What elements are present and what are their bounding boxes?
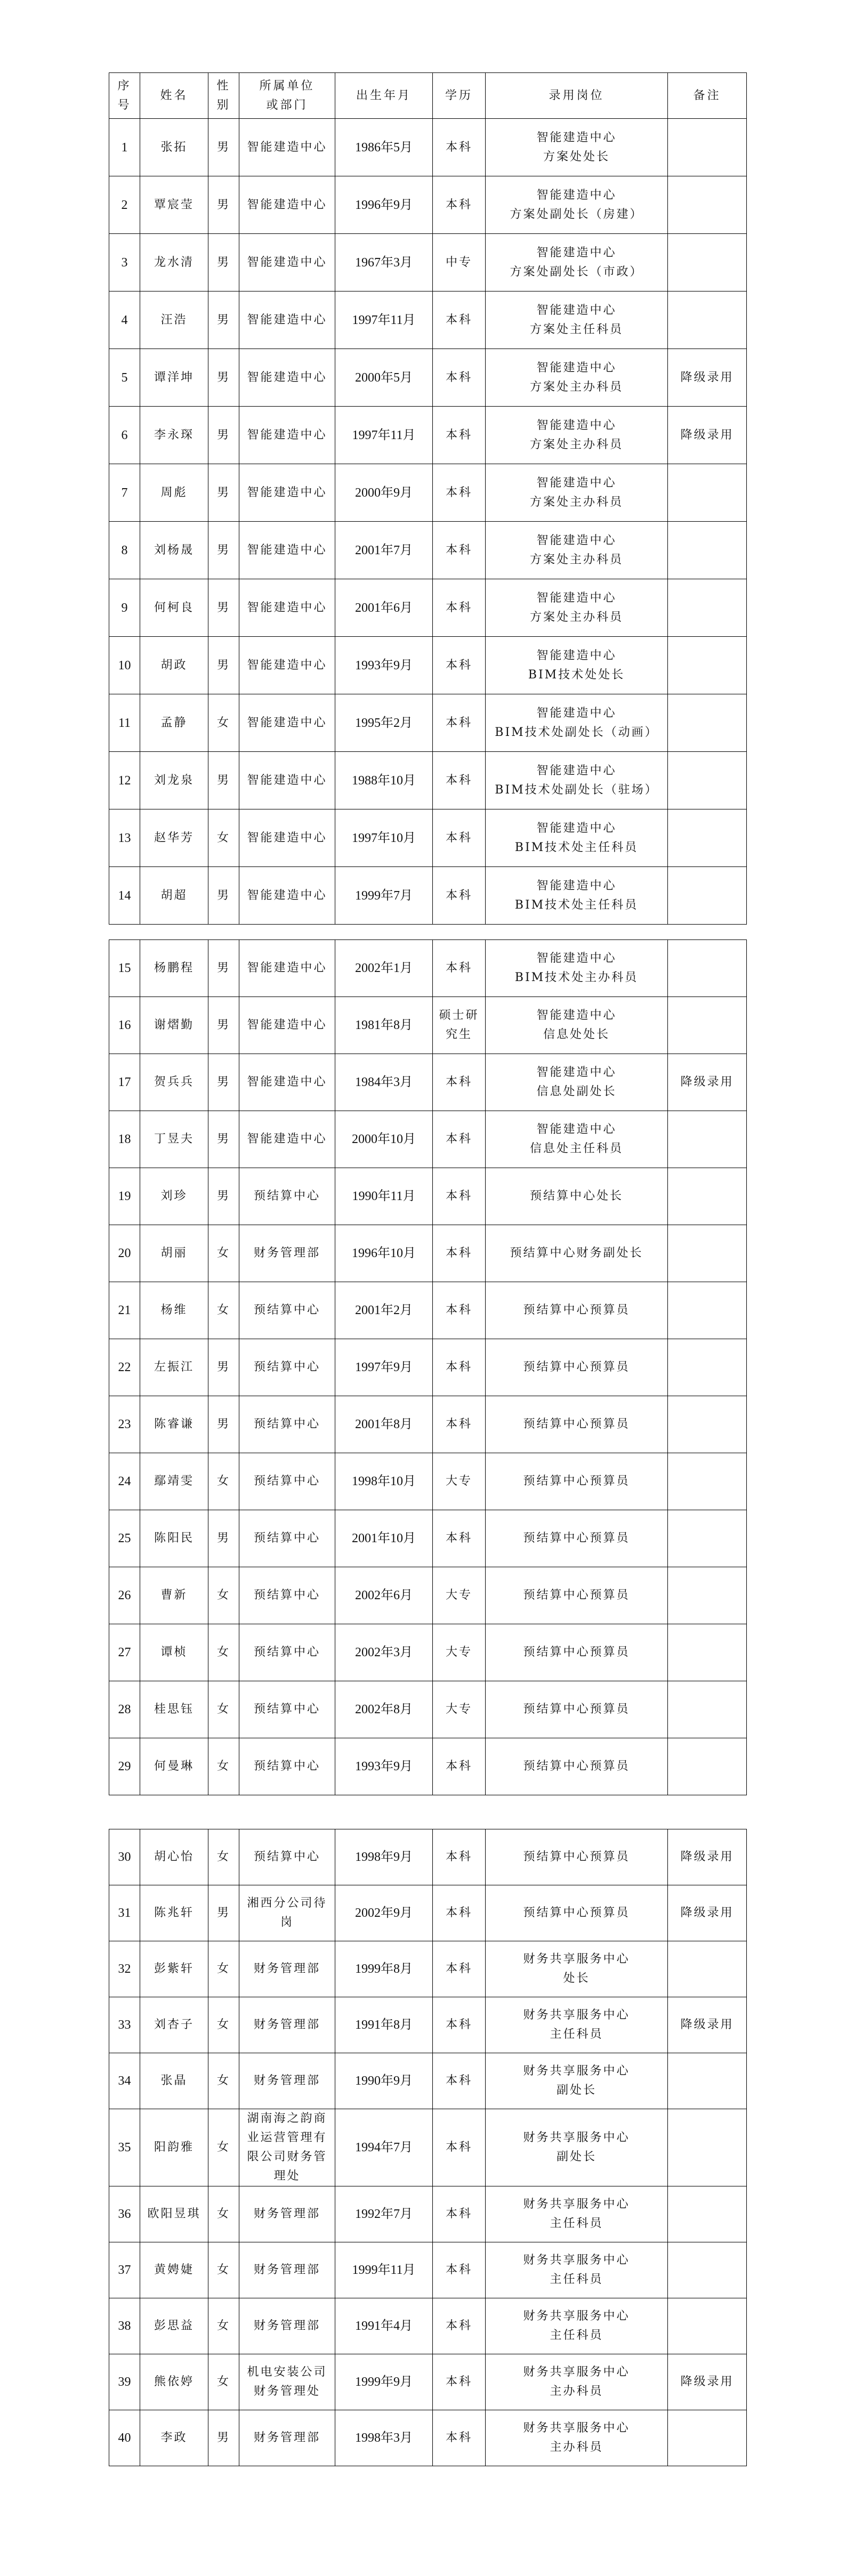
- cell-note: [668, 1567, 747, 1624]
- cell-education: 大专: [433, 1681, 486, 1738]
- cell-education: 本科: [433, 752, 486, 809]
- cell-birth: 1990年11月: [335, 1168, 433, 1225]
- cell-birth: 1993年9月: [335, 1738, 433, 1795]
- cell-name: 覃宸莹: [140, 176, 208, 234]
- table-row: 40李政男财务管理部1998年3月本科财务共享服务中心 主办科员: [109, 2410, 747, 2466]
- cell-birth: 1997年11月: [335, 291, 433, 349]
- cell-no: 27: [109, 1624, 140, 1681]
- table-row: 9何柯良男智能建造中心2001年6月本科智能建造中心 方案处主办科员: [109, 579, 747, 637]
- cell-name: 谭洋坤: [140, 349, 208, 407]
- table-row: 37黄娉婕女财务管理部1999年11月本科财务共享服务中心 主任科员: [109, 2242, 747, 2298]
- cell-name: 桂思钰: [140, 1681, 208, 1738]
- cell-sex: 女: [208, 2298, 239, 2354]
- cell-sex: 男: [208, 637, 239, 694]
- cell-no: 14: [109, 867, 140, 925]
- cell-birth: 2001年10月: [335, 1510, 433, 1567]
- cell-sex: 男: [208, 579, 239, 637]
- cell-position: 财务共享服务中心 处长: [486, 1941, 668, 1997]
- table-row: 16谢熠勤男智能建造中心1981年8月硕士研究生智能建造中心 信息处处长: [109, 997, 747, 1054]
- cell-birth: 2002年6月: [335, 1567, 433, 1624]
- cell-education: 本科: [433, 637, 486, 694]
- cell-no: 26: [109, 1567, 140, 1624]
- cell-position: 财务共享服务中心 主任科员: [486, 2186, 668, 2242]
- cell-unit: 智能建造中心: [239, 349, 335, 407]
- cell-sex: 男: [208, 291, 239, 349]
- cell-position: 智能建造中心 BIM技术处主办科员: [486, 940, 668, 997]
- cell-education: 本科: [433, 1282, 486, 1339]
- cell-note: 降级录用: [668, 1885, 747, 1941]
- cell-unit: 财务管理部: [239, 2242, 335, 2298]
- cell-position: 预结算中心预算员: [486, 1624, 668, 1681]
- cell-no: 36: [109, 2186, 140, 2242]
- header-position: 录用岗位: [486, 73, 668, 119]
- personnel-table-part-2: 15杨鹏程男智能建造中心2002年1月本科智能建造中心 BIM技术处主办科员16…: [109, 939, 747, 1795]
- cell-note: [668, 176, 747, 234]
- cell-note: [668, 464, 747, 522]
- table-section-2: 15杨鹏程男智能建造中心2002年1月本科智能建造中心 BIM技术处主办科员16…: [109, 939, 746, 1795]
- table-section-1: 序 号 姓名 性 别 所属单位 或部门 出生年月 学历 录用岗位 备注 1张拓男…: [109, 72, 746, 925]
- cell-education: 本科: [433, 1885, 486, 1941]
- cell-position: 预结算中心预算员: [486, 1453, 668, 1510]
- cell-sex: 男: [208, 234, 239, 291]
- cell-name: 张晶: [140, 2053, 208, 2109]
- cell-no: 20: [109, 1225, 140, 1282]
- cell-note: [668, 1510, 747, 1567]
- cell-note: [668, 752, 747, 809]
- table-row: 24鄢靖雯女预结算中心1998年10月大专预结算中心预算员: [109, 1453, 747, 1510]
- cell-birth: 2000年5月: [335, 349, 433, 407]
- cell-name: 刘龙泉: [140, 752, 208, 809]
- cell-no: 28: [109, 1681, 140, 1738]
- cell-sex: 男: [208, 1396, 239, 1453]
- cell-birth: 2001年7月: [335, 522, 433, 579]
- cell-note: [668, 809, 747, 867]
- cell-note: [668, 1738, 747, 1795]
- cell-name: 丁昱夫: [140, 1111, 208, 1168]
- cell-position: 智能建造中心 方案处主任科员: [486, 291, 668, 349]
- cell-education: 本科: [433, 2354, 486, 2410]
- cell-birth: 1998年3月: [335, 2410, 433, 2466]
- cell-education: 本科: [433, 2186, 486, 2242]
- cell-name: 张拓: [140, 119, 208, 176]
- cell-name: 胡政: [140, 637, 208, 694]
- cell-education: 本科: [433, 1054, 486, 1111]
- cell-position: 智能建造中心 方案处主办科员: [486, 522, 668, 579]
- cell-unit: 预结算中心: [239, 1168, 335, 1225]
- cell-note: [668, 119, 747, 176]
- cell-note: 降级录用: [668, 1997, 747, 2053]
- cell-name: 杨鹏程: [140, 940, 208, 997]
- cell-note: [668, 2053, 747, 2109]
- cell-education: 大专: [433, 1624, 486, 1681]
- cell-note: [668, 2242, 747, 2298]
- cell-no: 6: [109, 407, 140, 464]
- cell-position: 智能建造中心 BIM技术处主任科员: [486, 867, 668, 925]
- cell-sex: 男: [208, 1054, 239, 1111]
- cell-name: 刘珍: [140, 1168, 208, 1225]
- cell-no: 23: [109, 1396, 140, 1453]
- cell-sex: 男: [208, 752, 239, 809]
- cell-name: 李永琛: [140, 407, 208, 464]
- cell-unit: 财务管理部: [239, 2186, 335, 2242]
- cell-name: 贺兵兵: [140, 1054, 208, 1111]
- cell-position: 财务共享服务中心 副处长: [486, 2109, 668, 2186]
- cell-education: 硕士研究生: [433, 997, 486, 1054]
- cell-sex: 男: [208, 997, 239, 1054]
- cell-note: [668, 1624, 747, 1681]
- cell-no: 4: [109, 291, 140, 349]
- cell-education: 本科: [433, 464, 486, 522]
- cell-unit: 智能建造中心: [239, 464, 335, 522]
- cell-sex: 女: [208, 1567, 239, 1624]
- cell-birth: 2002年1月: [335, 940, 433, 997]
- cell-name: 彭思益: [140, 2298, 208, 2354]
- cell-name: 陈阳民: [140, 1510, 208, 1567]
- cell-note: [668, 234, 747, 291]
- cell-birth: 2000年10月: [335, 1111, 433, 1168]
- cell-no: 8: [109, 522, 140, 579]
- cell-unit: 预结算中心: [239, 1339, 335, 1396]
- cell-no: 15: [109, 940, 140, 997]
- header-note: 备注: [668, 73, 747, 119]
- cell-no: 9: [109, 579, 140, 637]
- cell-note: [668, 2298, 747, 2354]
- cell-sex: 男: [208, 940, 239, 997]
- cell-unit: 预结算中心: [239, 1624, 335, 1681]
- cell-no: 33: [109, 1997, 140, 2053]
- table-row: 10胡政男智能建造中心1993年9月本科智能建造中心 BIM技术处处长: [109, 637, 747, 694]
- cell-sex: 男: [208, 349, 239, 407]
- cell-birth: 1999年11月: [335, 2242, 433, 2298]
- cell-sex: 女: [208, 1453, 239, 1510]
- cell-name: 孟静: [140, 694, 208, 752]
- table-row: 3龙水清男智能建造中心1967年3月中专智能建造中心 方案处副处长（市政）: [109, 234, 747, 291]
- table-row: 19刘珍男预结算中心1990年11月本科预结算中心处长: [109, 1168, 747, 1225]
- cell-note: [668, 2109, 747, 2186]
- cell-no: 31: [109, 1885, 140, 1941]
- cell-unit: 智能建造中心: [239, 752, 335, 809]
- cell-name: 赵华芳: [140, 809, 208, 867]
- cell-position: 智能建造中心 方案处处长: [486, 119, 668, 176]
- cell-sex: 男: [208, 1339, 239, 1396]
- cell-education: 本科: [433, 291, 486, 349]
- cell-no: 17: [109, 1054, 140, 1111]
- cell-sex: 男: [208, 176, 239, 234]
- cell-note: [668, 1225, 747, 1282]
- table-row: 5谭洋坤男智能建造中心2000年5月本科智能建造中心 方案处主办科员降级录用: [109, 349, 747, 407]
- cell-unit: 智能建造中心: [239, 407, 335, 464]
- personnel-table-part-3: 30胡心怡女预结算中心1998年9月本科预结算中心预算员降级录用31陈兆轩男湘西…: [109, 1829, 747, 2466]
- cell-sex: 男: [208, 464, 239, 522]
- cell-sex: 男: [208, 867, 239, 925]
- cell-note: [668, 1453, 747, 1510]
- table-row: 25陈阳民男预结算中心2001年10月本科预结算中心预算员: [109, 1510, 747, 1567]
- cell-unit: 智能建造中心: [239, 694, 335, 752]
- table-row: 23陈睿谦男预结算中心2001年8月本科预结算中心预算员: [109, 1396, 747, 1453]
- cell-no: 10: [109, 637, 140, 694]
- cell-position: 预结算中心预算员: [486, 1681, 668, 1738]
- table-row: 13赵华芳女智能建造中心1997年10月本科智能建造中心 BIM技术处主任科员: [109, 809, 747, 867]
- cell-unit: 预结算中心: [239, 1738, 335, 1795]
- cell-education: 本科: [433, 1941, 486, 1997]
- cell-birth: 1999年9月: [335, 2354, 433, 2410]
- table-section-3: 30胡心怡女预结算中心1998年9月本科预结算中心预算员降级录用31陈兆轩男湘西…: [109, 1829, 746, 2466]
- cell-position: 预结算中心预算员: [486, 1567, 668, 1624]
- cell-sex: 女: [208, 694, 239, 752]
- cell-education: 大专: [433, 1567, 486, 1624]
- cell-education: 本科: [433, 1510, 486, 1567]
- cell-education: 本科: [433, 2410, 486, 2466]
- cell-note: [668, 1681, 747, 1738]
- cell-position: 预结算中心预算员: [486, 1510, 668, 1567]
- cell-education: 本科: [433, 1997, 486, 2053]
- cell-position: 智能建造中心 BIM技术处副处长（动画）: [486, 694, 668, 752]
- cell-note: [668, 1168, 747, 1225]
- cell-sex: 女: [208, 1681, 239, 1738]
- cell-no: 5: [109, 349, 140, 407]
- cell-note: [668, 1282, 747, 1339]
- cell-note: [668, 2186, 747, 2242]
- table-row: 2覃宸莹男智能建造中心1996年9月本科智能建造中心 方案处副处长（房建）: [109, 176, 747, 234]
- table-row: 33刘杏子女财务管理部1991年8月本科财务共享服务中心 主任科员降级录用: [109, 1997, 747, 2053]
- cell-position: 预结算中心预算员: [486, 1396, 668, 1453]
- cell-sex: 女: [208, 2354, 239, 2410]
- cell-sex: 女: [208, 809, 239, 867]
- cell-name: 汪浩: [140, 291, 208, 349]
- cell-birth: 1981年8月: [335, 997, 433, 1054]
- table-row: 11孟静女智能建造中心1995年2月本科智能建造中心 BIM技术处副处长（动画）: [109, 694, 747, 752]
- cell-unit: 财务管理部: [239, 2410, 335, 2466]
- cell-name: 熊依婷: [140, 2354, 208, 2410]
- cell-no: 1: [109, 119, 140, 176]
- cell-name: 刘杨晟: [140, 522, 208, 579]
- cell-name: 龙水清: [140, 234, 208, 291]
- cell-unit: 预结算中心: [239, 1829, 335, 1885]
- cell-position: 预结算中心预算员: [486, 1885, 668, 1941]
- table-row: 35阳韵雅女湖南海之韵商业运营管理有限公司财务管理处1994年7月本科财务共享服…: [109, 2109, 747, 2186]
- cell-position: 智能建造中心 信息处主任科员: [486, 1111, 668, 1168]
- table-row: 26曹新女预结算中心2002年6月大专预结算中心预算员: [109, 1567, 747, 1624]
- cell-position: 智能建造中心 BIM技术处副处长（驻场）: [486, 752, 668, 809]
- cell-no: 39: [109, 2354, 140, 2410]
- cell-unit: 财务管理部: [239, 2298, 335, 2354]
- cell-note: 降级录用: [668, 1829, 747, 1885]
- cell-name: 鄢靖雯: [140, 1453, 208, 1510]
- cell-birth: 1994年7月: [335, 2109, 433, 2186]
- cell-birth: 2001年8月: [335, 1396, 433, 1453]
- cell-no: 21: [109, 1282, 140, 1339]
- cell-education: 本科: [433, 1339, 486, 1396]
- cell-education: 本科: [433, 1829, 486, 1885]
- cell-education: 本科: [433, 522, 486, 579]
- cell-no: 2: [109, 176, 140, 234]
- cell-education: 本科: [433, 694, 486, 752]
- cell-education: 本科: [433, 119, 486, 176]
- cell-name: 周彪: [140, 464, 208, 522]
- cell-birth: 2002年9月: [335, 1885, 433, 1941]
- cell-sex: 男: [208, 119, 239, 176]
- cell-sex: 男: [208, 2410, 239, 2466]
- cell-note: [668, 997, 747, 1054]
- cell-note: [668, 1111, 747, 1168]
- cell-position: 预结算中心处长: [486, 1168, 668, 1225]
- cell-birth: 1995年2月: [335, 694, 433, 752]
- cell-birth: 2002年8月: [335, 1681, 433, 1738]
- cell-unit: 智能建造中心: [239, 1111, 335, 1168]
- cell-education: 本科: [433, 809, 486, 867]
- cell-no: 11: [109, 694, 140, 752]
- cell-no: 7: [109, 464, 140, 522]
- cell-name: 杨维: [140, 1282, 208, 1339]
- table-row: 7周彪男智能建造中心2000年9月本科智能建造中心 方案处主办科员: [109, 464, 747, 522]
- cell-name: 刘杏子: [140, 1997, 208, 2053]
- cell-position: 预结算中心预算员: [486, 1282, 668, 1339]
- cell-education: 本科: [433, 1111, 486, 1168]
- table-header-row: 序 号 姓名 性 别 所属单位 或部门 出生年月 学历 录用岗位 备注: [109, 73, 747, 119]
- cell-unit: 预结算中心: [239, 1681, 335, 1738]
- cell-position: 智能建造中心 方案处副处长（房建）: [486, 176, 668, 234]
- cell-education: 本科: [433, 2298, 486, 2354]
- cell-name: 胡丽: [140, 1225, 208, 1282]
- cell-birth: 1996年10月: [335, 1225, 433, 1282]
- cell-position: 财务共享服务中心 主任科员: [486, 2298, 668, 2354]
- cell-note: 降级录用: [668, 407, 747, 464]
- cell-note: 降级录用: [668, 349, 747, 407]
- table-row: 6李永琛男智能建造中心1997年11月本科智能建造中心 方案处主办科员降级录用: [109, 407, 747, 464]
- cell-education: 本科: [433, 1396, 486, 1453]
- cell-sex: 女: [208, 1738, 239, 1795]
- cell-unit: 智能建造中心: [239, 867, 335, 925]
- header-education: 学历: [433, 73, 486, 119]
- cell-name: 胡超: [140, 867, 208, 925]
- cell-unit: 机电安装公司财务管理处: [239, 2354, 335, 2410]
- cell-no: 35: [109, 2109, 140, 2186]
- cell-birth: 1997年10月: [335, 809, 433, 867]
- cell-sex: 女: [208, 1997, 239, 2053]
- cell-birth: 1998年10月: [335, 1453, 433, 1510]
- cell-unit: 智能建造中心: [239, 234, 335, 291]
- cell-position: 智能建造中心 方案处主办科员: [486, 579, 668, 637]
- cell-sex: 男: [208, 1885, 239, 1941]
- cell-education: 中专: [433, 234, 486, 291]
- table-row: 38彭思益女财务管理部1991年4月本科财务共享服务中心 主任科员: [109, 2298, 747, 2354]
- cell-position: 智能建造中心 BIM技术处处长: [486, 637, 668, 694]
- cell-name: 黄娉婕: [140, 2242, 208, 2298]
- cell-name: 李政: [140, 2410, 208, 2466]
- cell-name: 谭桢: [140, 1624, 208, 1681]
- cell-note: [668, 867, 747, 925]
- cell-unit: 智能建造中心: [239, 291, 335, 349]
- cell-note: [668, 522, 747, 579]
- table-row: 30胡心怡女预结算中心1998年9月本科预结算中心预算员降级录用: [109, 1829, 747, 1885]
- cell-name: 曹新: [140, 1567, 208, 1624]
- cell-birth: 1993年9月: [335, 637, 433, 694]
- cell-birth: 1986年5月: [335, 119, 433, 176]
- cell-education: 本科: [433, 2109, 486, 2186]
- cell-education: 本科: [433, 1738, 486, 1795]
- cell-education: 本科: [433, 867, 486, 925]
- cell-position: 财务共享服务中心 主办科员: [486, 2410, 668, 2466]
- cell-birth: 1991年4月: [335, 2298, 433, 2354]
- cell-sex: 女: [208, 2186, 239, 2242]
- cell-sex: 女: [208, 1282, 239, 1339]
- table-row: 18丁昱夫男智能建造中心2000年10月本科智能建造中心 信息处主任科员: [109, 1111, 747, 1168]
- cell-note: [668, 694, 747, 752]
- cell-position: 财务共享服务中心 主任科员: [486, 1997, 668, 2053]
- cell-education: 本科: [433, 2242, 486, 2298]
- cell-sex: 女: [208, 1829, 239, 1885]
- table-row: 36欧阳昱琪女财务管理部1992年7月本科财务共享服务中心 主任科员: [109, 2186, 747, 2242]
- cell-sex: 男: [208, 407, 239, 464]
- table-row: 22左振江男预结算中心1997年9月本科预结算中心预算员: [109, 1339, 747, 1396]
- cell-unit: 智能建造中心: [239, 119, 335, 176]
- table-row: 39熊依婷女机电安装公司财务管理处1999年9月本科财务共享服务中心 主办科员降…: [109, 2354, 747, 2410]
- table-row: 20胡丽女财务管理部1996年10月本科预结算中心财务副处长: [109, 1225, 747, 1282]
- cell-note: [668, 1941, 747, 1997]
- cell-position: 智能建造中心 方案处主办科员: [486, 407, 668, 464]
- cell-education: 本科: [433, 1168, 486, 1225]
- cell-birth: 1996年9月: [335, 176, 433, 234]
- cell-no: 40: [109, 2410, 140, 2466]
- cell-unit: 智能建造中心: [239, 637, 335, 694]
- cell-no: 3: [109, 234, 140, 291]
- cell-education: 本科: [433, 407, 486, 464]
- table-row: 12刘龙泉男智能建造中心1988年10月本科智能建造中心 BIM技术处副处长（驻…: [109, 752, 747, 809]
- cell-position: 预结算中心预算员: [486, 1339, 668, 1396]
- cell-education: 本科: [433, 579, 486, 637]
- cell-unit: 预结算中心: [239, 1282, 335, 1339]
- cell-position: 智能建造中心 方案处主办科员: [486, 464, 668, 522]
- cell-position: 智能建造中心 方案处主办科员: [486, 349, 668, 407]
- cell-sex: 男: [208, 1510, 239, 1567]
- table-row: 34张晶女财务管理部1990年9月本科财务共享服务中心 副处长: [109, 2053, 747, 2109]
- cell-sex: 女: [208, 2053, 239, 2109]
- cell-no: 12: [109, 752, 140, 809]
- header-name: 姓名: [140, 73, 208, 119]
- cell-birth: 1990年9月: [335, 2053, 433, 2109]
- cell-sex: 男: [208, 522, 239, 579]
- cell-position: 财务共享服务中心 主任科员: [486, 2242, 668, 2298]
- table-row: 29何曼琳女预结算中心1993年9月本科预结算中心预算员: [109, 1738, 747, 1795]
- cell-name: 胡心怡: [140, 1829, 208, 1885]
- cell-no: 13: [109, 809, 140, 867]
- cell-birth: 1999年8月: [335, 1941, 433, 1997]
- cell-unit: 智能建造中心: [239, 176, 335, 234]
- table-row: 27谭桢女预结算中心2002年3月大专预结算中心预算员: [109, 1624, 747, 1681]
- cell-position: 预结算中心预算员: [486, 1829, 668, 1885]
- table-row: 1张拓男智能建造中心1986年5月本科智能建造中心 方案处处长: [109, 119, 747, 176]
- cell-position: 财务共享服务中心 副处长: [486, 2053, 668, 2109]
- cell-note: 降级录用: [668, 2354, 747, 2410]
- table-row: 14胡超男智能建造中心1999年7月本科智能建造中心 BIM技术处主任科员: [109, 867, 747, 925]
- cell-birth: 1998年9月: [335, 1829, 433, 1885]
- cell-position: 智能建造中心 信息处处长: [486, 997, 668, 1054]
- cell-no: 18: [109, 1111, 140, 1168]
- cell-education: 本科: [433, 176, 486, 234]
- cell-name: 彭紫轩: [140, 1941, 208, 1997]
- cell-no: 29: [109, 1738, 140, 1795]
- header-sex: 性 别: [208, 73, 239, 119]
- cell-name: 欧阳昱琪: [140, 2186, 208, 2242]
- cell-education: 本科: [433, 940, 486, 997]
- cell-note: [668, 940, 747, 997]
- cell-position: 智能建造中心 BIM技术处主任科员: [486, 809, 668, 867]
- cell-unit: 预结算中心: [239, 1396, 335, 1453]
- cell-unit: 财务管理部: [239, 1225, 335, 1282]
- cell-unit: 智能建造中心: [239, 579, 335, 637]
- cell-no: 38: [109, 2298, 140, 2354]
- cell-sex: 女: [208, 1941, 239, 1997]
